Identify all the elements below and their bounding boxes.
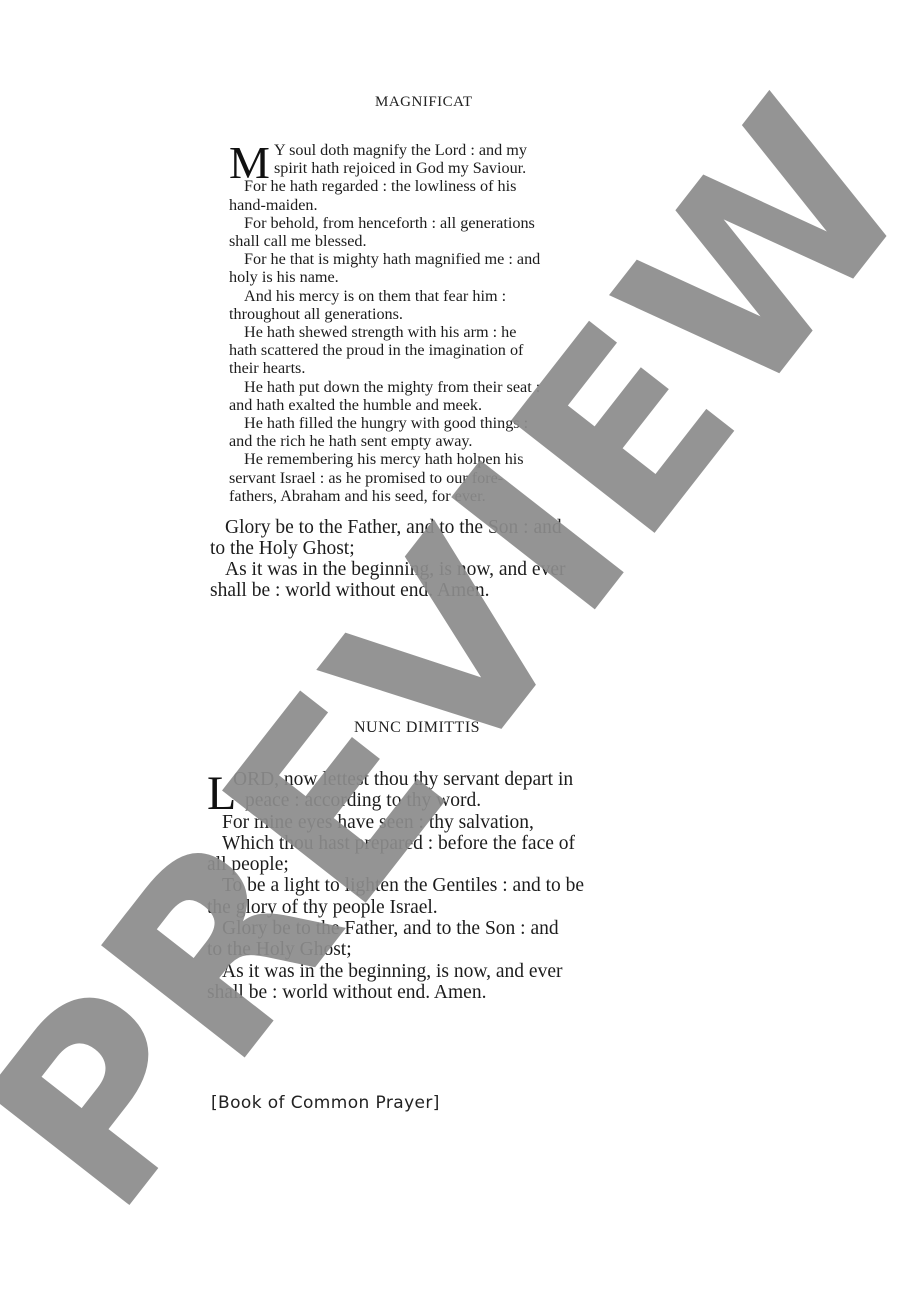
verse-line: their hearts. [229,359,669,377]
verse-line: Y soul doth magnify the Lord : and my [229,141,669,159]
verse-line: He hath filled the hungry with good thin… [229,414,669,432]
document-page: MAGNIFICAT M Y soul doth magnify the Lor… [0,0,900,1303]
verse-line: shall be : world without end. Amen. [207,982,707,1003]
verse-line: all people; [207,854,707,875]
nunc-dimittis-title: NUNC DIMITTIS [354,719,480,737]
magnificat-title: MAGNIFICAT [375,94,473,111]
verse-line: throughout all generations. [229,305,669,323]
verse-line: For behold, from henceforth : all genera… [229,214,669,232]
verse-line: As it was in the beginning, is now, and … [207,961,707,982]
verse-line: For he that is mighty hath magnified me … [229,250,669,268]
verse-line: and the rich he hath sent empty away. [229,432,669,450]
verse-line: And his mercy is on them that fear him : [229,287,669,305]
source-attribution: [Book of Common Prayer] [211,1093,440,1113]
verse-line: and hath exalted the humble and meek. [229,396,669,414]
verse-line: servant Israel : as he promised to our f… [229,469,669,487]
gloria-line: As it was in the beginning, is now, and … [210,559,710,580]
nunc-dimittis-text: ORD, now lettest thou thy servant depart… [207,769,707,1003]
verse-line: For mine eyes have seen : thy salvation, [207,812,707,833]
verse-line: peace : according to thy word. [207,790,707,811]
verse-line: the glory of thy people Israel. [207,897,707,918]
gloria-line: Glory be to the Father, and to the Son :… [210,517,710,538]
gloria-line: shall be : world without end. Amen. [210,580,710,601]
verse-line: Which thou hast prepared : before the fa… [207,833,707,854]
verse-line: ORD, now lettest thou thy servant depart… [207,769,707,790]
verse-line: He hath put down the mighty from their s… [229,378,669,396]
gloria-line: to the Holy Ghost; [210,538,710,559]
verse-line: Glory be to the Father, and to the Son :… [207,918,707,939]
verse-line: To be a light to lighten the Gentiles : … [207,875,707,896]
magnificat-text: Y soul doth magnify the Lord : and my sp… [229,141,669,505]
verse-line: He remembering his mercy hath holpen his [229,450,669,468]
verse-line: He hath shewed strength with his arm : h… [229,323,669,341]
verse-line: holy is his name. [229,268,669,286]
verse-line: spirit hath rejoiced in God my Saviour. [229,159,669,177]
verse-line: hath scattered the proud in the imaginat… [229,341,669,359]
verse-line: hand-maiden. [229,196,669,214]
verse-line: to the Holy Ghost; [207,939,707,960]
verse-line: For he hath regarded : the lowliness of … [229,177,669,195]
verse-line: shall call me blessed. [229,232,669,250]
magnificat-gloria: Glory be to the Father, and to the Son :… [210,517,710,601]
verse-line: fathers, Abraham and his seed, for ever. [229,487,669,505]
